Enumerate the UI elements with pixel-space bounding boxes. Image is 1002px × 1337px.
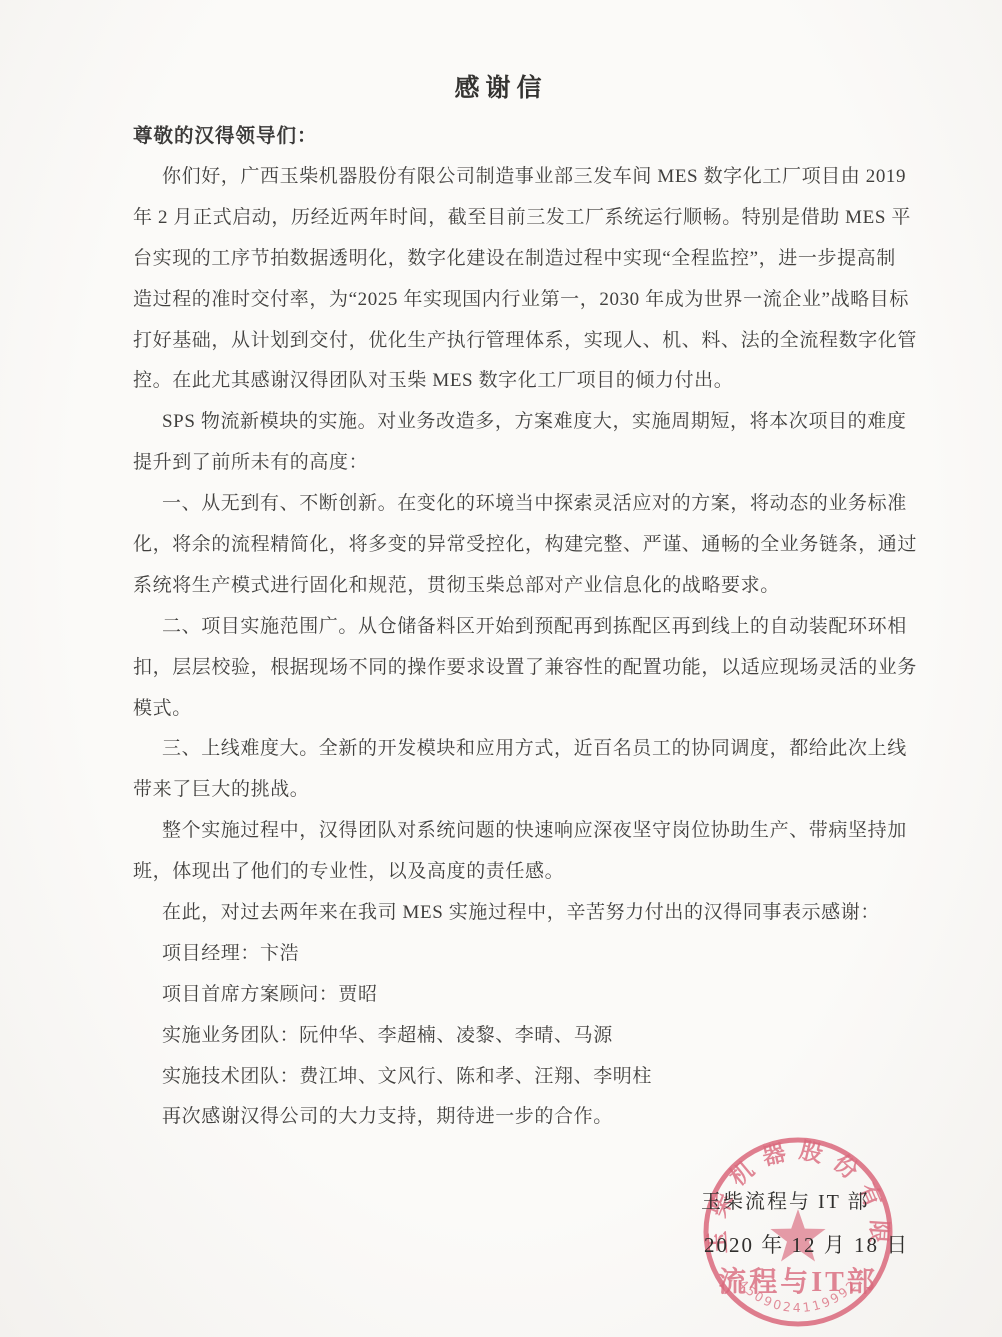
letter-line: 实施业务团队：阮仲华、李超楠、凌黎、李晴、马源 [133,1016,878,1057]
letter-line: 年 2 月正式启动，历经近两年时间，截至目前三发工厂系统运行顺畅。特别是借助 M… [133,198,878,239]
letter-line: 化，将余的流程精简化，将多变的异常受控化，构建完整、严谨、通畅的全业务链条，通过 [133,525,878,566]
letter-line: 你们好，广西玉柴机器股份有限公司制造事业部三发车间 MES 数字化工厂项目由 2… [133,157,878,198]
letter-line: 打好基础，从计划到交付，优化生产执行管理体系，实现人、机、料、法的全流程数字化管 [133,321,878,362]
letter-line: 扣，层层校验，根据现场不同的操作要求设置了兼容性的配置功能，以适应现场灵活的业务 [133,648,878,689]
letter-line: 控。在此尤其感谢汉得团队对玉柴 MES 数字化工厂项目的倾力付出。 [133,361,878,402]
letter-line: 班，体现出了他们的专业性，以及高度的责任感。 [133,852,878,893]
signature-date: 2020 年 12 月 18 日 [704,1229,909,1259]
letter-line: 三、上线难度大。全新的开发模块和应用方式，近百名员工的协同调度，都给此次上线 [133,729,878,770]
letter-line: 带来了巨大的挑战。 [133,770,878,811]
letter-line: 系统将生产模式进行固化和规范，贯彻玉柴总部对产业信息化的战略要求。 [133,566,878,607]
letter-line: SPS 物流新模块的实施。对业务改造多，方案难度大，实施周期短，将本次项目的难度 [133,402,878,443]
letter-line: 实施技术团队：费江坤、文风行、陈和孝、汪翔、李明柱 [133,1057,878,1098]
letter-line: 整个实施过程中，汉得团队对系统问题的快速响应深夜坚守岗位协助生产、带病坚持加 [133,811,878,852]
letter-line: 二、项目实施范围广。从仓储备料区开始到预配再到拣配区再到线上的自动装配环环相 [133,607,878,648]
letter-line: 在此，对过去两年来在我司 MES 实施过程中，辛苦努力付出的汉得同事表示感谢： [133,893,878,934]
letter-page: 感谢信 尊敬的汉得领导们： 你们好，广西玉柴机器股份有限公司制造事业部三发车间 … [0,0,1002,1337]
letter-line: 模式。 [133,689,878,730]
letter-line: 项目经理：卞浩 [133,934,878,975]
letter-line: 台实现的工序节拍数据透明化，数字化建设在制造过程中实现“全程监控”，进一步提高制 [133,239,878,280]
letter-body: 你们好，广西玉柴机器股份有限公司制造事业部三发车间 MES 数字化工厂项目由 2… [133,157,878,1138]
letter-line: 项目首席方案顾问：贾昭 [133,975,878,1016]
letter-line: 提升到了前所未有的高度： [133,443,878,484]
letter-line: 一、从无到有、不断创新。在变化的环境当中探索灵活应对的方案，将动态的业务标准 [133,484,878,525]
page-title: 感谢信 [0,68,1002,104]
signature-org: 玉柴流程与 IT 部 [701,1185,870,1214]
salutation: 尊敬的汉得领导们： [133,120,318,148]
letter-line: 造过程的准时交付率，为“2025 年实现国内行业第一，2030 年成为世界一流企… [133,280,878,321]
